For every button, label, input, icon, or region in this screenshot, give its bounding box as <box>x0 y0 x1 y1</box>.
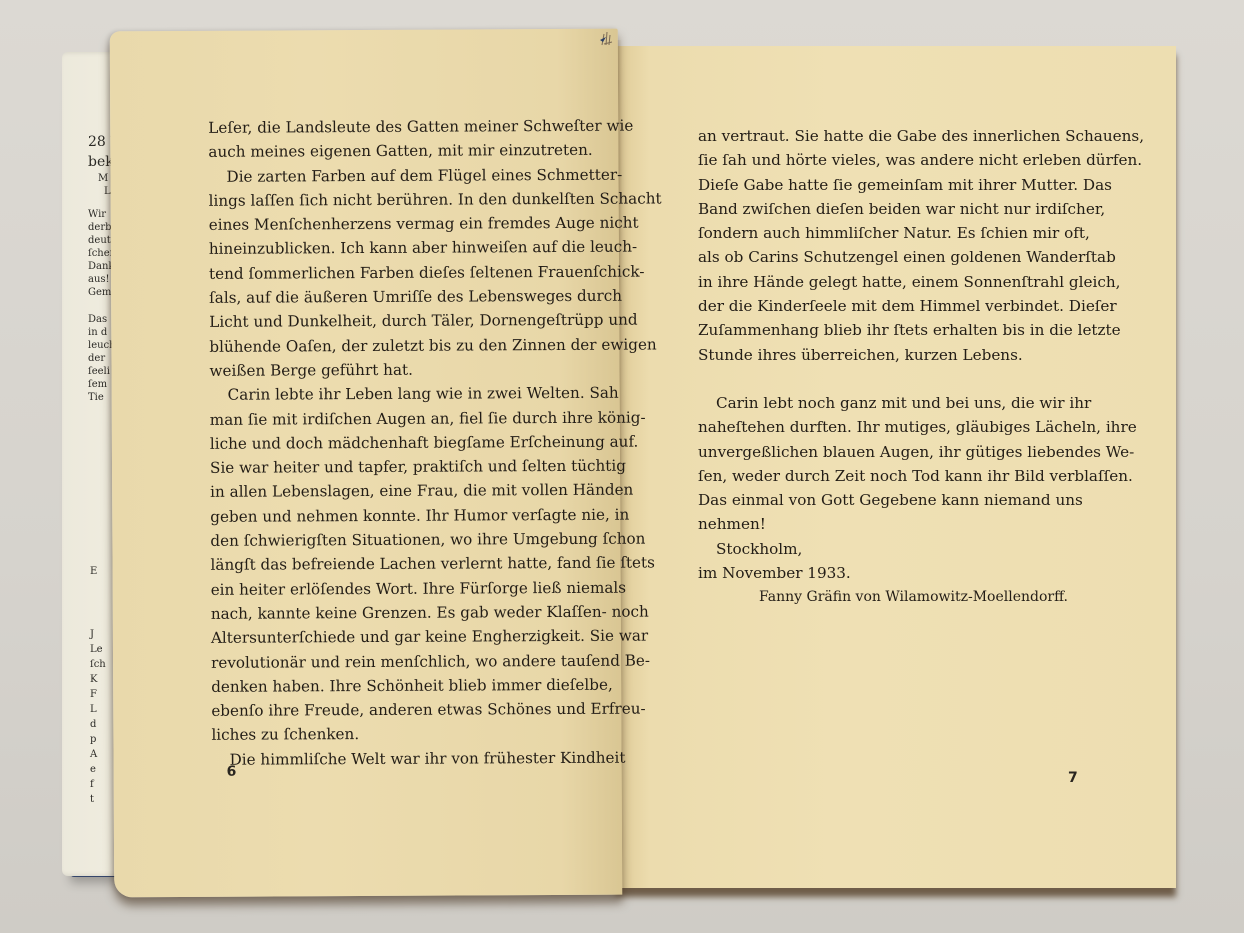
text-line: auch meines eigenen Gatten, mit mir einz… <box>208 138 576 164</box>
text-line: hineinzublicken. Ich kann aber hinweiſen… <box>209 235 577 261</box>
text-line: in allen Lebenslagen, eine Frau, die mit… <box>210 478 578 504</box>
text-line: Zuſammenhang blieb ihr ſtets erhalten bi… <box>698 318 1074 342</box>
page-number-left: 6 <box>227 764 237 780</box>
place-line: Stockholm, <box>698 537 1074 561</box>
text-line: ebenſo ihre Freude, anderen etwas Schöne… <box>211 697 579 723</box>
text-line: Altersunterſchiede und gar keine Engherz… <box>211 624 579 650</box>
text-line: unvergeßlichen blauen Augen, ihr gütiges… <box>698 440 1074 464</box>
text-line: in ihre Hände gelegt hatte, einem Sonnen… <box>698 270 1074 294</box>
text-line: nehmen! <box>698 512 1074 536</box>
date-line: im November 1933. <box>698 561 1074 585</box>
text-line: Band zwiſchen dieſen beiden war nicht nu… <box>698 197 1074 221</box>
text-line: Stunde ihres überreichen, kurzen Lebens. <box>698 343 1074 367</box>
binding-thread-icon <box>600 30 614 46</box>
text-line: Carin lebt noch ganz mit und bei uns, di… <box>698 391 1074 415</box>
text-line: weißen Berge geführt hat. <box>209 357 577 383</box>
signature: Fanny Gräfin von Wilamowitz-Moellendorff… <box>698 585 1074 609</box>
text-line: als ob Carins Schutzengel einen goldenen… <box>698 245 1074 269</box>
text-line: ſals, auf die äußeren Umriſſe des Lebens… <box>209 284 577 310</box>
text-line: Leſer, die Landsleute des Gatten meiner … <box>208 114 576 140</box>
book-photo: 28 Ꝺ bekc M L Wir derba deutſ ſchen Dank… <box>0 0 1244 933</box>
text-line: Dieſe Gabe hatte ſie gemeinſam mit ihrer… <box>698 173 1074 197</box>
text-line: liche und doch mädchenhaft biegſame Erſc… <box>210 430 578 456</box>
text-line: geben und nehmen konnte. Ihr Humor verſa… <box>210 503 578 529</box>
text-line: revolutionär und rein menſchlich, wo and… <box>211 648 579 674</box>
text-line: ſen, weder durch Zeit noch Tod kann ihr … <box>698 464 1074 488</box>
text-line: der die Kinderſeele mit dem Himmel verbi… <box>698 294 1074 318</box>
text-line: lings laſſen ſich nicht berühren. In den… <box>209 187 577 213</box>
text-line: Carin lebte ihr Leben lang wie in zwei W… <box>210 381 578 407</box>
text-line: ein heiter erlöſendes Wort. Ihre Fürſorg… <box>211 576 579 602</box>
right-page: an vertraut. Sie hatte die Gabe des inne… <box>616 46 1176 888</box>
text-line: Licht und Dunkelheit, durch Täler, Dorne… <box>209 308 577 334</box>
right-page-text: an vertraut. Sie hatte die Gabe des inne… <box>698 124 1074 610</box>
text-line: ſondern auch himmliſcher Natur. Es ſchie… <box>698 221 1074 245</box>
text-line: liches zu ſchenken. <box>211 721 579 747</box>
text-line: eines Menſchenherzens vermag ein fremdes… <box>209 211 577 237</box>
text-line: Das einmal von Gott Gegebene kann nieman… <box>698 488 1074 512</box>
text-line: an vertraut. Sie hatte die Gabe des inne… <box>698 124 1074 148</box>
page-number-right: 7 <box>1068 770 1078 786</box>
text-line: blühende Oaſen, der zuletzt bis zu den Z… <box>209 333 577 359</box>
text-line: tend ſommerlichen Farben dieſes ſeltenen… <box>209 260 577 286</box>
text-line: naheſtehen durften. Ihr mutiges, gläubig… <box>698 415 1074 439</box>
text-line: den ſchwierigſten Situationen, wo ihre U… <box>210 527 578 553</box>
left-page-text: Leſer, die Landsleute des Gatten meiner … <box>208 114 579 772</box>
text-line: Die zarten Farben auf dem Flügel eines S… <box>208 162 576 188</box>
text-line: längſt das befreiende Lachen verlernt ha… <box>210 551 578 577</box>
left-page: Leſer, die Landsleute des Gatten meiner … <box>110 29 623 898</box>
text-line: man ſie mit irdiſchen Augen an, fiel ſie… <box>210 405 578 431</box>
text-line: Die himmliſche Welt war ihr von früheste… <box>211 746 579 772</box>
text-line: Sie war heiter und tapfer, praktiſch und… <box>210 454 578 480</box>
text-line: denken haben. Ihre Schönheit blieb immer… <box>211 673 579 699</box>
text-line: ſie ſah und hörte vieles, was andere nic… <box>698 148 1074 172</box>
text-line: nach, kannte keine Grenzen. Es gab weder… <box>211 600 579 626</box>
